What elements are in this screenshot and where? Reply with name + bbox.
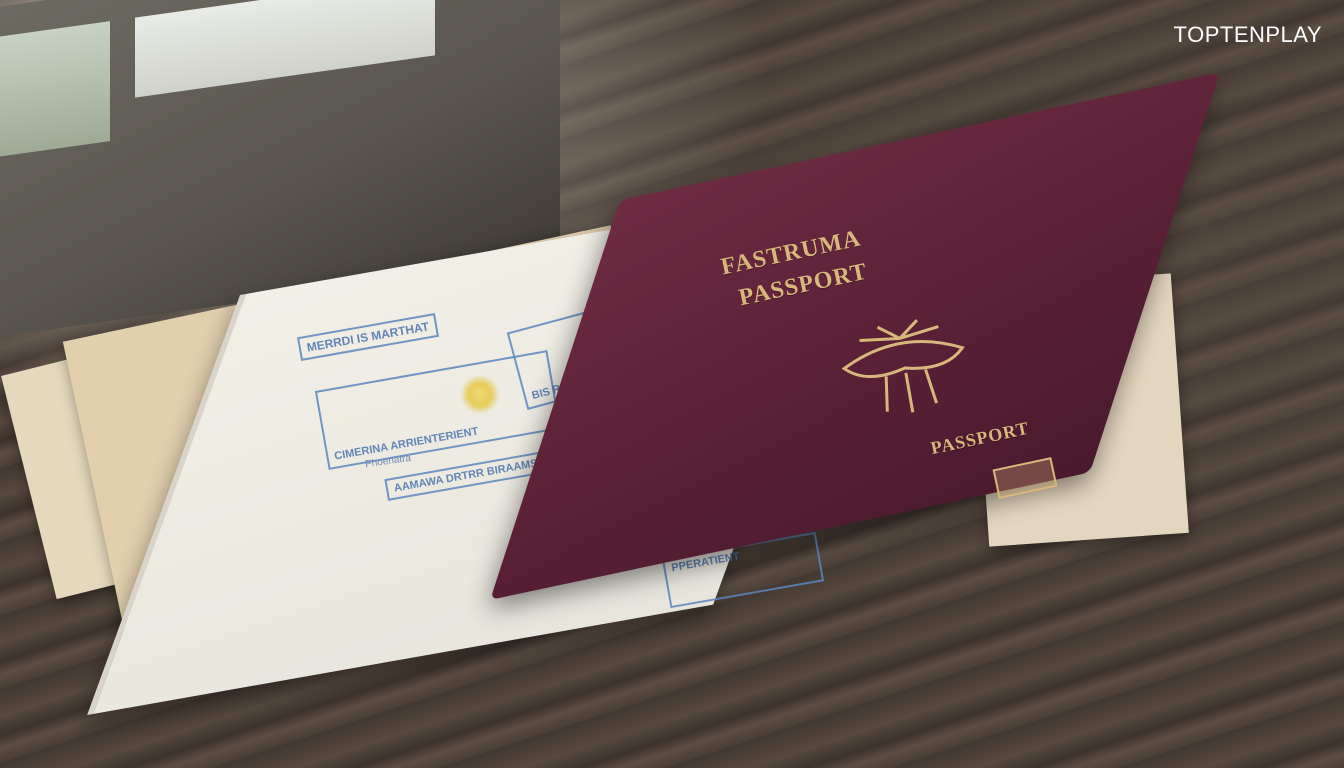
star-emblem-icon [457,371,503,417]
photo-background: MERRDI IS MARTHAT CIMERINA ARRIENTERIENT… [0,0,1344,768]
window-pane [135,0,435,98]
watermark: TOPTENPLAY [1174,22,1322,48]
passport: MERRDI IS MARTHAT CIMERINA ARRIENTERIENT… [240,200,1240,720]
window-pane [0,21,110,156]
